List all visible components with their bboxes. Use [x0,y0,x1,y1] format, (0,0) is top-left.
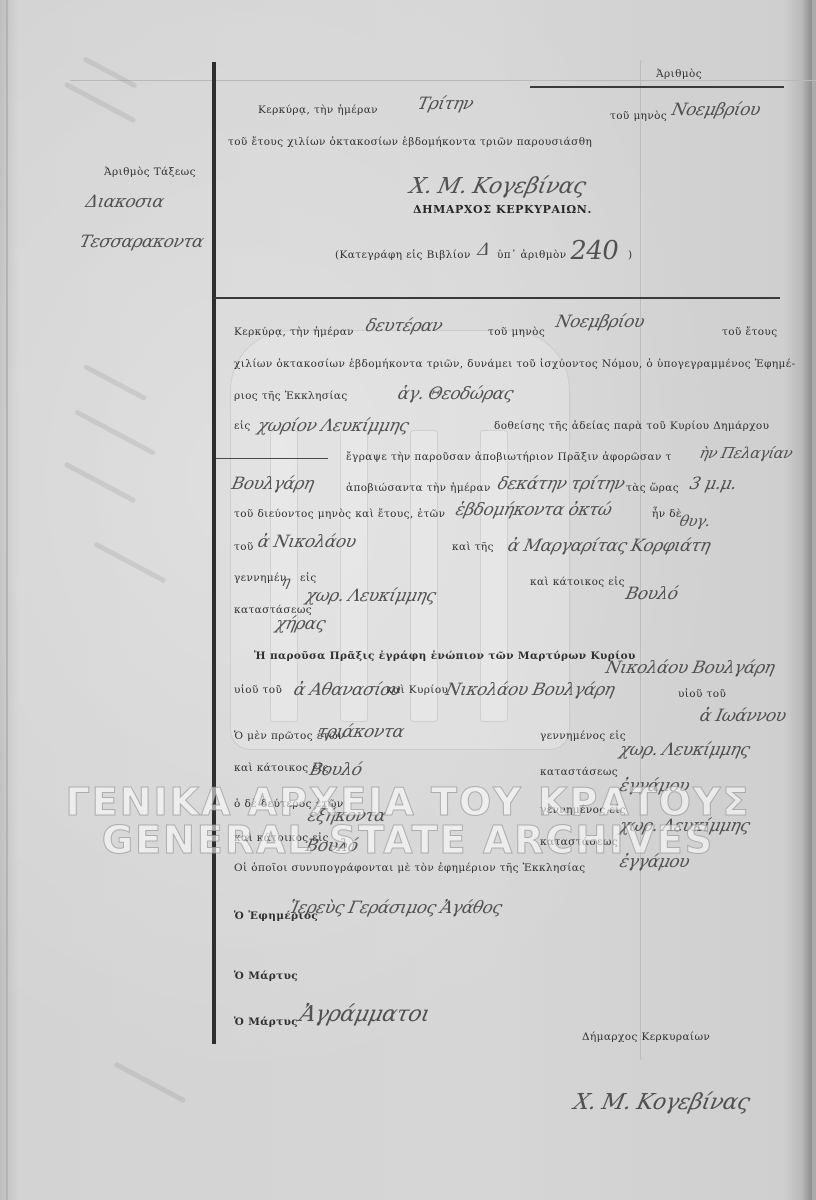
first-witness-status-handwritten: ἐγγάμου [618,776,691,796]
witness1-name-handwritten: Νικολάου Βουλγάρη [604,658,777,678]
bleed-through-mark [82,56,137,89]
presentation-day-handwritten: Τρίτην [416,94,475,114]
first-witness-status-label: καταστάσεως [540,766,618,778]
mother-label: καὶ τῆς [452,541,494,553]
bleed-through-mark [94,542,167,584]
residence-label: καὶ κάτοικος εἰς [530,576,625,588]
blank-rule [216,458,328,459]
presentation-month-label: τοῦ μηνὸς [610,110,667,122]
order-number-label: Ἀριθμὸς Τάξεως [104,166,196,178]
order-number-handwritten-2: Τεσσαρακοντα [78,232,205,252]
registration-suffix: ) [628,249,633,261]
first-witness-age-handwritten: τριάκοντα [316,722,406,742]
bleed-through-mark [83,364,147,401]
church-handwritten: ἁγ. Θεοδώρας [396,384,515,404]
death-hour-handwritten: 3 μ.μ. [688,474,738,494]
left-vertical-rule [212,62,216,1044]
witness2-name-handwritten: Νικολάου Βουλγάρη [444,680,617,700]
second-witness-age-handwritten: ἑξήκοντα [306,806,388,826]
bleed-through-vertical-line [640,60,641,1060]
relation-label: ἦν δὲ [652,508,682,520]
witness1-son-of-label: υἱοῦ τοῦ [234,684,282,696]
death-act-text: ἔγραψε τὴν παροῦσαν ἀποβιωτήριον Πρᾶξιν … [346,451,672,463]
second-witness-status-handwritten: ἐγγάμου [618,852,691,872]
act-date-label: Κερκύρᾳ, τὴν ἡμέραν [234,326,354,338]
page-edge-left [6,0,8,1200]
presentation-date-label: Κερκύρᾳ, τὴν ἡμέραν [258,104,378,116]
relation-handwritten: θυγ. [678,512,712,530]
page-edge-right-shadow [802,0,812,1200]
death-hour-label: τὰς ὥρας [626,482,679,494]
act-day-handwritten: δευτέραν [364,316,444,336]
priest-signature: Ἱερεὺς Γεράσιμος Ἀγάθος [288,898,504,918]
second-witness-status-label: καταστάσεως [540,836,618,848]
second-witness-born-label: γεννημένος εἰς [540,804,626,816]
mayor-signature-label: Δήμαρχος Κερκυραίων [582,1031,710,1043]
cosign-text: Οἱ ὁποῖοι συνυπογράφονται μὲ τὸν ἐφημέρι… [234,862,586,874]
registration-number-label: ὑπ᾽ ἀριθμὸν [497,249,567,261]
mayor-title-caps: ΔΗΜΑΡΧΟΣ ΚΕΡΚΥΡΑΙΩΝ. [413,203,592,216]
header-number-label: Ἀριθμὸς [656,68,702,80]
death-day-label: ἀποβιώσαντα τὴν ἡμέραν [346,482,491,494]
bleed-through-mark [74,409,156,456]
first-witness-residence-handwritten: Βουλό [308,760,364,780]
first-witness-born-handwritten: χωρ. Λευκίμμης [618,740,752,760]
place-label: εἰς [234,420,251,432]
bleed-through-mark [64,82,137,124]
mayor-signature: Χ. Μ. Κογεβίνας [571,1090,752,1115]
bleed-through-mark [64,462,137,504]
age-label: τοῦ διεύοντος μηνὸς καὶ ἔτους, ἐτῶν [234,508,445,520]
born-place-handwritten: χωρ. Λευκίμμης [304,586,438,606]
watermark-column [410,430,438,722]
church-label: ριος τῆς Ἐκκλησίας [234,390,348,402]
status-handwritten: χήρας [274,614,327,634]
second-witness-residence-handwritten: Βουλό [304,836,360,856]
bleed-through-mark [114,1062,187,1104]
witness1-signature-label: Ὁ Μάρτυς [234,970,298,982]
header-number-rule [530,86,784,88]
act-law-text: χιλίων ὀκτακοσίων ἑβδομήκοντα τριῶν, δυν… [234,358,796,370]
witness2-son-of-label: υἱοῦ τοῦ [678,688,726,700]
second-witness-born-handwritten: χωρ. Λευκίμμης [618,816,752,836]
witness2-signature-label: Ὁ Μάρτυς [234,1016,298,1028]
registration-book-handwritten: Δ [476,240,492,260]
witness-intro-text: Ἡ παροῦσα Πρᾶξις ἐγράφη ἐνώπιον τῶν Μαρτ… [254,650,636,662]
act-year-label: τοῦ ἔτους [722,326,777,338]
mother-handwritten: ἀ Μαργαρίτας Κορφιάτη [506,536,712,556]
death-day-handwritten: δεκάτην τρίτην [496,474,627,494]
witness2-father-handwritten: ἀ Ιωάννου [698,706,788,726]
age-handwritten: ἑβδομήκοντα ὀκτώ [454,500,614,520]
father-handwritten: ἀ Νικολάου [256,532,358,552]
place-handwritten: χωρίον Λευκίμμης [256,416,410,436]
registration-prefix: (Κατεγράφη εἰς Βιβλίον [335,249,471,261]
presentation-year-text: τοῦ ἔτους χιλίων ὀκτακοσίων ἑβδομήκοντα … [228,136,592,148]
faint-guideline [70,80,816,81]
watermark-column [340,430,368,722]
first-witness-born-label: γεννημένος εἰς [540,730,626,742]
born-label: γεννημέν [234,572,287,584]
deceased-surname-handwritten: Βουλγάρη [230,474,316,494]
witness-signature: Ἀγράμματοι [297,1002,432,1027]
presentation-mayor-signature: Χ. Μ. Κογεβίνας [407,174,588,199]
residence-handwritten: Βουλό [624,584,680,604]
deceased-name-handwritten: ὴν Πελαγίαν [698,444,794,462]
section-divider-rule [214,297,780,299]
registration-number-handwritten: 240 [567,236,620,266]
born-place-label: εἰς [300,572,317,584]
order-number-handwritten-1: Διακοσια [84,192,166,212]
document-page: Ἀριθμὸς Ἀριθμὸς Τάξεως Διακοσια Τεσσαρακ… [0,0,816,1200]
presentation-month-handwritten: Νοεμβρίου [670,100,762,120]
permission-text: δοθείσης τῆς ἀδείας παρὰ τοῦ Κυρίου Δημά… [494,420,769,432]
and-mister-label: καὶ Κυρίου [386,684,448,696]
father-label: τοῦ [234,541,254,553]
act-month-label: τοῦ μηνὸς [488,326,545,338]
act-month-handwritten: Νοεμβρίου [554,312,646,332]
